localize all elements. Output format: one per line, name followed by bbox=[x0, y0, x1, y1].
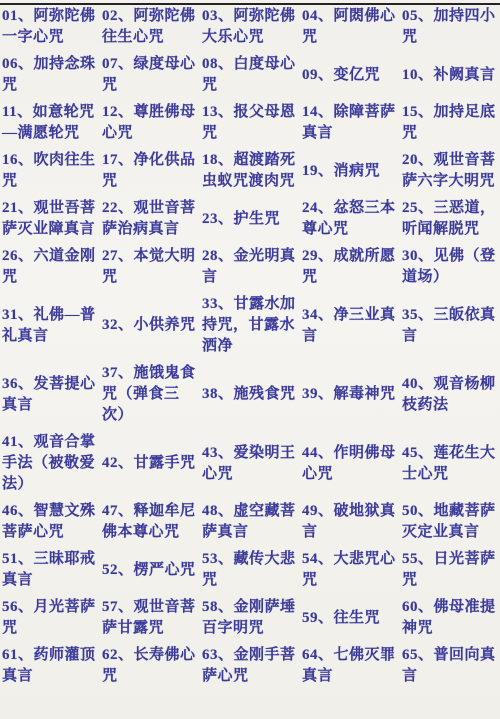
mantra-item: 37、施饿鬼食咒（弹食三次） bbox=[100, 360, 200, 429]
mantra-item: 58、金刚萨埵百字明咒 bbox=[200, 594, 300, 642]
mantra-item: 23、护生咒 bbox=[200, 195, 300, 243]
mantra-item: 06、加持念珠咒 bbox=[0, 51, 100, 99]
mantra-item: 26、六道金刚咒 bbox=[0, 243, 100, 291]
mantra-item: 41、观音合掌手法（被敬爱法） bbox=[0, 429, 100, 498]
mantra-item: 52、楞严心咒 bbox=[100, 546, 200, 594]
mantra-item: 01、阿弥陀佛一字心咒 bbox=[0, 3, 100, 51]
mantra-item: 64、七佛灭罪真言 bbox=[300, 642, 400, 690]
mantra-item: 22、观世音菩萨治病真言 bbox=[100, 195, 200, 243]
mantra-item: 61、药师灌顶真言 bbox=[0, 642, 100, 690]
mantra-row: 56、月光菩萨咒57、观世音菩萨甘露咒58、金刚萨埵百字明咒59、往生咒60、佛… bbox=[0, 594, 500, 642]
mantra-item: 55、日光菩萨咒 bbox=[400, 546, 500, 594]
mantra-item: 05、加持四小咒 bbox=[400, 3, 500, 51]
mantra-item: 27、本觉大明咒 bbox=[100, 243, 200, 291]
mantra-item: 39、解毒神咒 bbox=[300, 360, 400, 429]
mantra-item: 31、礼佛—普礼真言 bbox=[0, 291, 100, 360]
mantra-item: 60、佛母准提神咒 bbox=[400, 594, 500, 642]
mantra-item: 59、往生咒 bbox=[300, 594, 400, 642]
mantra-item: 19、消病咒 bbox=[300, 147, 400, 195]
mantra-item: 07、绿度母心咒 bbox=[100, 51, 200, 99]
mantra-row: 31、礼佛—普礼真言32、小供养咒33、甘露水加持咒，甘露水洒净34、净三业真言… bbox=[0, 291, 500, 360]
mantra-item: 17、净化供品咒 bbox=[100, 147, 200, 195]
mantra-item: 29、成就所愿咒 bbox=[300, 243, 400, 291]
mantra-item: 09、变亿咒 bbox=[300, 51, 400, 99]
mantra-row: 16、吹肉往生咒17、净化供品咒18、超渡踏死虫蚁咒渡肉咒19、消病咒20、观世… bbox=[0, 147, 500, 195]
mantra-item: 63、金刚手菩萨心咒 bbox=[200, 642, 300, 690]
mantra-item: 11、如意轮咒—满愿轮咒 bbox=[0, 99, 100, 147]
mantra-row: 41、观音合掌手法（被敬爱法）42、甘露手咒43、爱染明王心咒44、作明佛母心咒… bbox=[0, 429, 500, 498]
mantra-item: 32、小供养咒 bbox=[100, 291, 200, 360]
mantra-row: 11、如意轮咒—满愿轮咒12、尊胜佛母心咒13、报父母恩咒14、除障菩萨真言15… bbox=[0, 99, 500, 147]
mantra-item: 42、甘露手咒 bbox=[100, 429, 200, 498]
mantra-item: 13、报父母恩咒 bbox=[200, 99, 300, 147]
mantra-item: 38、施残食咒 bbox=[200, 360, 300, 429]
mantra-row: 61、药师灌顶真言62、长寿佛心咒63、金刚手菩萨心咒64、七佛灭罪真言65、普… bbox=[0, 642, 500, 690]
mantra-item: 33、甘露水加持咒，甘露水洒净 bbox=[200, 291, 300, 360]
mantra-item: 65、普回向真言 bbox=[400, 642, 500, 690]
mantra-row: 26、六道金刚咒27、本觉大明咒28、金光明真言29、成就所愿咒30、见佛（登道… bbox=[0, 243, 500, 291]
mantra-row: 21、观世吾菩萨灭业障真言22、观世音菩萨治病真言23、护生咒24、忿怒三本尊心… bbox=[0, 195, 500, 243]
mantra-table: 01、阿弥陀佛一字心咒02、阿弥陀佛往生心咒03、阿弥陀佛大乐心咒04、阿閦佛心… bbox=[0, 3, 500, 690]
mantra-row: 06、加持念珠咒07、绿度母心咒08、白度母心咒09、变亿咒10、补阙真言 bbox=[0, 51, 500, 99]
mantra-item: 40、观音杨柳枝药法 bbox=[400, 360, 500, 429]
mantra-item: 30、见佛（登道场） bbox=[400, 243, 500, 291]
mantra-item: 18、超渡踏死虫蚁咒渡肉咒 bbox=[200, 147, 300, 195]
mantra-item: 50、地藏菩萨灭定业真言 bbox=[400, 498, 500, 546]
mantra-item: 47、释迦牟尼佛本尊心咒 bbox=[100, 498, 200, 546]
mantra-item: 51、三昧耶戒真言 bbox=[0, 546, 100, 594]
mantra-row: 36、发菩提心真言37、施饿鬼食咒（弹食三次）38、施残食咒39、解毒神咒40、… bbox=[0, 360, 500, 429]
mantra-item: 43、爱染明王心咒 bbox=[200, 429, 300, 498]
mantra-item: 16、吹肉往生咒 bbox=[0, 147, 100, 195]
mantra-item: 57、观世音菩萨甘露咒 bbox=[100, 594, 200, 642]
mantra-item: 28、金光明真言 bbox=[200, 243, 300, 291]
mantra-item: 15、加持足底咒 bbox=[400, 99, 500, 147]
mantra-item: 24、忿怒三本尊心咒 bbox=[300, 195, 400, 243]
mantra-item: 45、莲花生大士心咒 bbox=[400, 429, 500, 498]
mantra-item: 53、藏传大悲咒 bbox=[200, 546, 300, 594]
mantra-item: 54、大悲咒心咒 bbox=[300, 546, 400, 594]
mantra-item: 20、观世音菩萨六字大明咒 bbox=[400, 147, 500, 195]
mantra-item: 34、净三业真言 bbox=[300, 291, 400, 360]
mantra-item: 35、三皈依真言 bbox=[400, 291, 500, 360]
mantra-item: 56、月光菩萨咒 bbox=[0, 594, 100, 642]
mantra-row: 46、智慧文殊菩萨心咒47、释迦牟尼佛本尊心咒48、虚空藏菩萨真言49、破地狱真… bbox=[0, 498, 500, 546]
mantra-item: 12、尊胜佛母心咒 bbox=[100, 99, 200, 147]
mantra-item: 10、补阙真言 bbox=[400, 51, 500, 99]
mantra-item: 21、观世吾菩萨灭业障真言 bbox=[0, 195, 100, 243]
mantra-item: 36、发菩提心真言 bbox=[0, 360, 100, 429]
mantra-row: 01、阿弥陀佛一字心咒02、阿弥陀佛往生心咒03、阿弥陀佛大乐心咒04、阿閦佛心… bbox=[0, 3, 500, 51]
top-border-line bbox=[0, 3, 500, 5]
mantra-item: 02、阿弥陀佛往生心咒 bbox=[100, 3, 200, 51]
scanned-mantra-list-page: 01、阿弥陀佛一字心咒02、阿弥陀佛往生心咒03、阿弥陀佛大乐心咒04、阿閦佛心… bbox=[0, 3, 500, 719]
mantra-item: 46、智慧文殊菩萨心咒 bbox=[0, 498, 100, 546]
mantra-item: 62、长寿佛心咒 bbox=[100, 642, 200, 690]
mantra-item: 49、破地狱真言 bbox=[300, 498, 400, 546]
mantra-item: 03、阿弥陀佛大乐心咒 bbox=[200, 3, 300, 51]
mantra-item: 08、白度母心咒 bbox=[200, 51, 300, 99]
mantra-item: 25、三恶道，听闻解脱咒 bbox=[400, 195, 500, 243]
mantra-item: 14、除障菩萨真言 bbox=[300, 99, 400, 147]
mantra-item: 04、阿閦佛心咒 bbox=[300, 3, 400, 51]
mantra-row: 51、三昧耶戒真言52、楞严心咒53、藏传大悲咒54、大悲咒心咒55、日光菩萨咒 bbox=[0, 546, 500, 594]
mantra-item: 48、虚空藏菩萨真言 bbox=[200, 498, 300, 546]
mantra-item: 44、作明佛母心咒 bbox=[300, 429, 400, 498]
